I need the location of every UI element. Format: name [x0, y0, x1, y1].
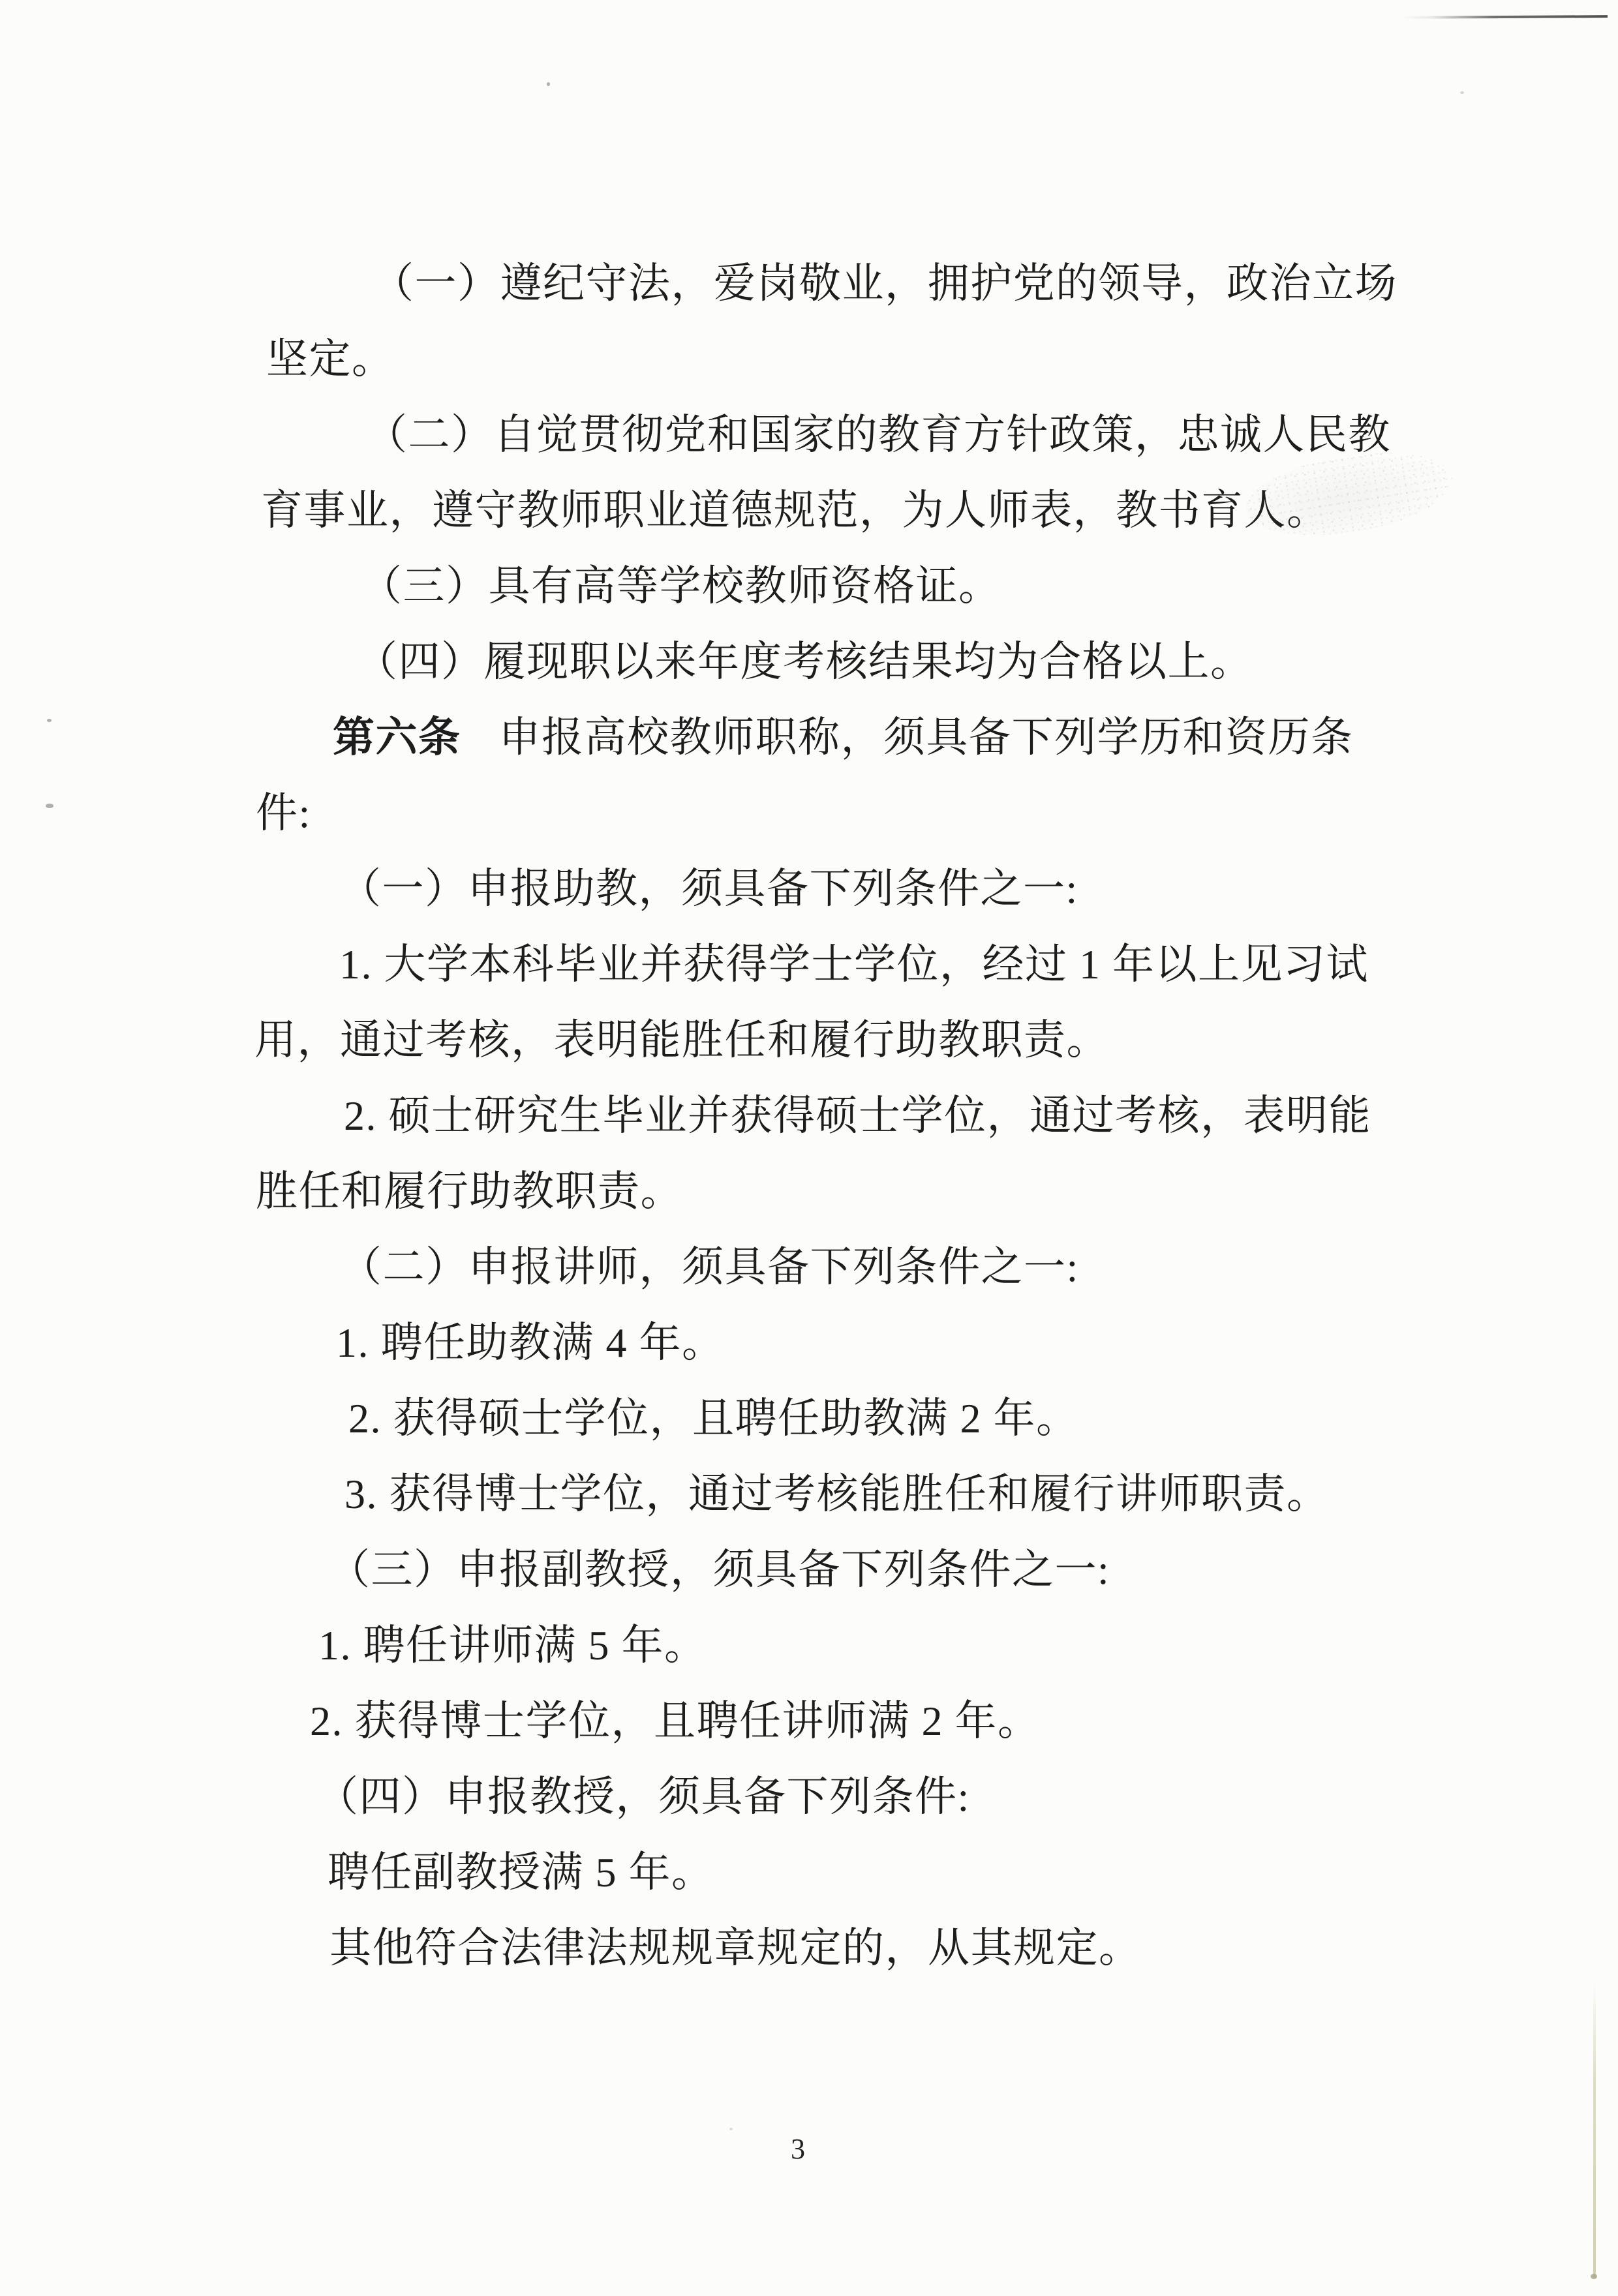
text-line: 育事业，遵守教师职业道德规范，为人师表，教书育人。: [261, 490, 1330, 532]
text-line: 坚定。: [266, 339, 395, 380]
scan-speck: [547, 82, 550, 86]
page-number: 3: [791, 2135, 805, 2164]
scan-artifact-edge-dot: [1591, 2274, 1597, 2279]
text-line: （四）申报教授，须具备下列条件:: [316, 1776, 970, 1818]
scan-artifact-top-line: [1401, 15, 1608, 19]
document-page: （一）遵纪守法，爱岗敬业，拥护党的领导，政治立场 坚定。 （二）自觉贯彻党和国家…: [0, 0, 1618, 2296]
text-line: （三）具有高等学校教师资格证。: [360, 566, 1001, 607]
text-line: 2. 获得博士学位，且聘任讲师满 2 年。: [310, 1700, 1041, 1742]
text-line: 2. 硕士研究生毕业并获得硕士学位，通过考核，表明能: [344, 1095, 1371, 1137]
text-line: （三）申报副教授，须具备下列条件之一:: [328, 1549, 1110, 1591]
text-line: （一）遵纪守法，爱岗敬业，拥护党的领导，政治立场: [372, 263, 1397, 305]
article-heading-text: 申报高校教师职称，须具备下列学历和资历条: [499, 714, 1354, 761]
text-line: （四）履现职以来年度考核结果均为合格以上。: [356, 641, 1253, 683]
scan-speck: [47, 719, 52, 722]
text-line: 其他符合法律法规规章规定的，从其规定。: [329, 1927, 1142, 1969]
scan-speck: [1460, 91, 1464, 94]
text-line: （一）申报助教，须具备下列条件之一:: [339, 868, 1078, 910]
scan-speck: [46, 804, 53, 808]
text-line: 1. 聘任讲师满 5 年。: [318, 1625, 707, 1667]
text-line: 件:: [256, 793, 311, 834]
text-line: 聘任副教授满 5 年。: [328, 1852, 714, 1894]
text-line-article-heading: 第六条申报高校教师职称，须具备下列学历和资历条: [333, 717, 1354, 759]
text-line: 2. 获得硕士学位，且聘任助教满 2 年。: [348, 1398, 1079, 1440]
text-line: （二）申报讲师，须具备下列条件之一:: [340, 1246, 1079, 1288]
scan-speck: [729, 2128, 733, 2130]
text-line: 3. 获得博士学位，通过考核能胜任和履行讲师职责。: [344, 1473, 1330, 1515]
text-line: 1. 聘任助教满 4 年。: [336, 1322, 725, 1364]
text-line: 用，通过考核，表明能胜任和履行助教职责。: [254, 1020, 1109, 1061]
text-line: 胜任和履行助教职责。: [256, 1171, 683, 1213]
text-line: 1. 大学本科毕业并获得学士学位，经过 1 年以上见习试: [339, 944, 1369, 986]
text-line: （二）自觉贯彻党和国家的教育方针政策，忠诚人民教: [365, 414, 1391, 456]
scan-artifact-edge-line: [1593, 1983, 1596, 2278]
article-number: 第六条: [333, 714, 461, 761]
